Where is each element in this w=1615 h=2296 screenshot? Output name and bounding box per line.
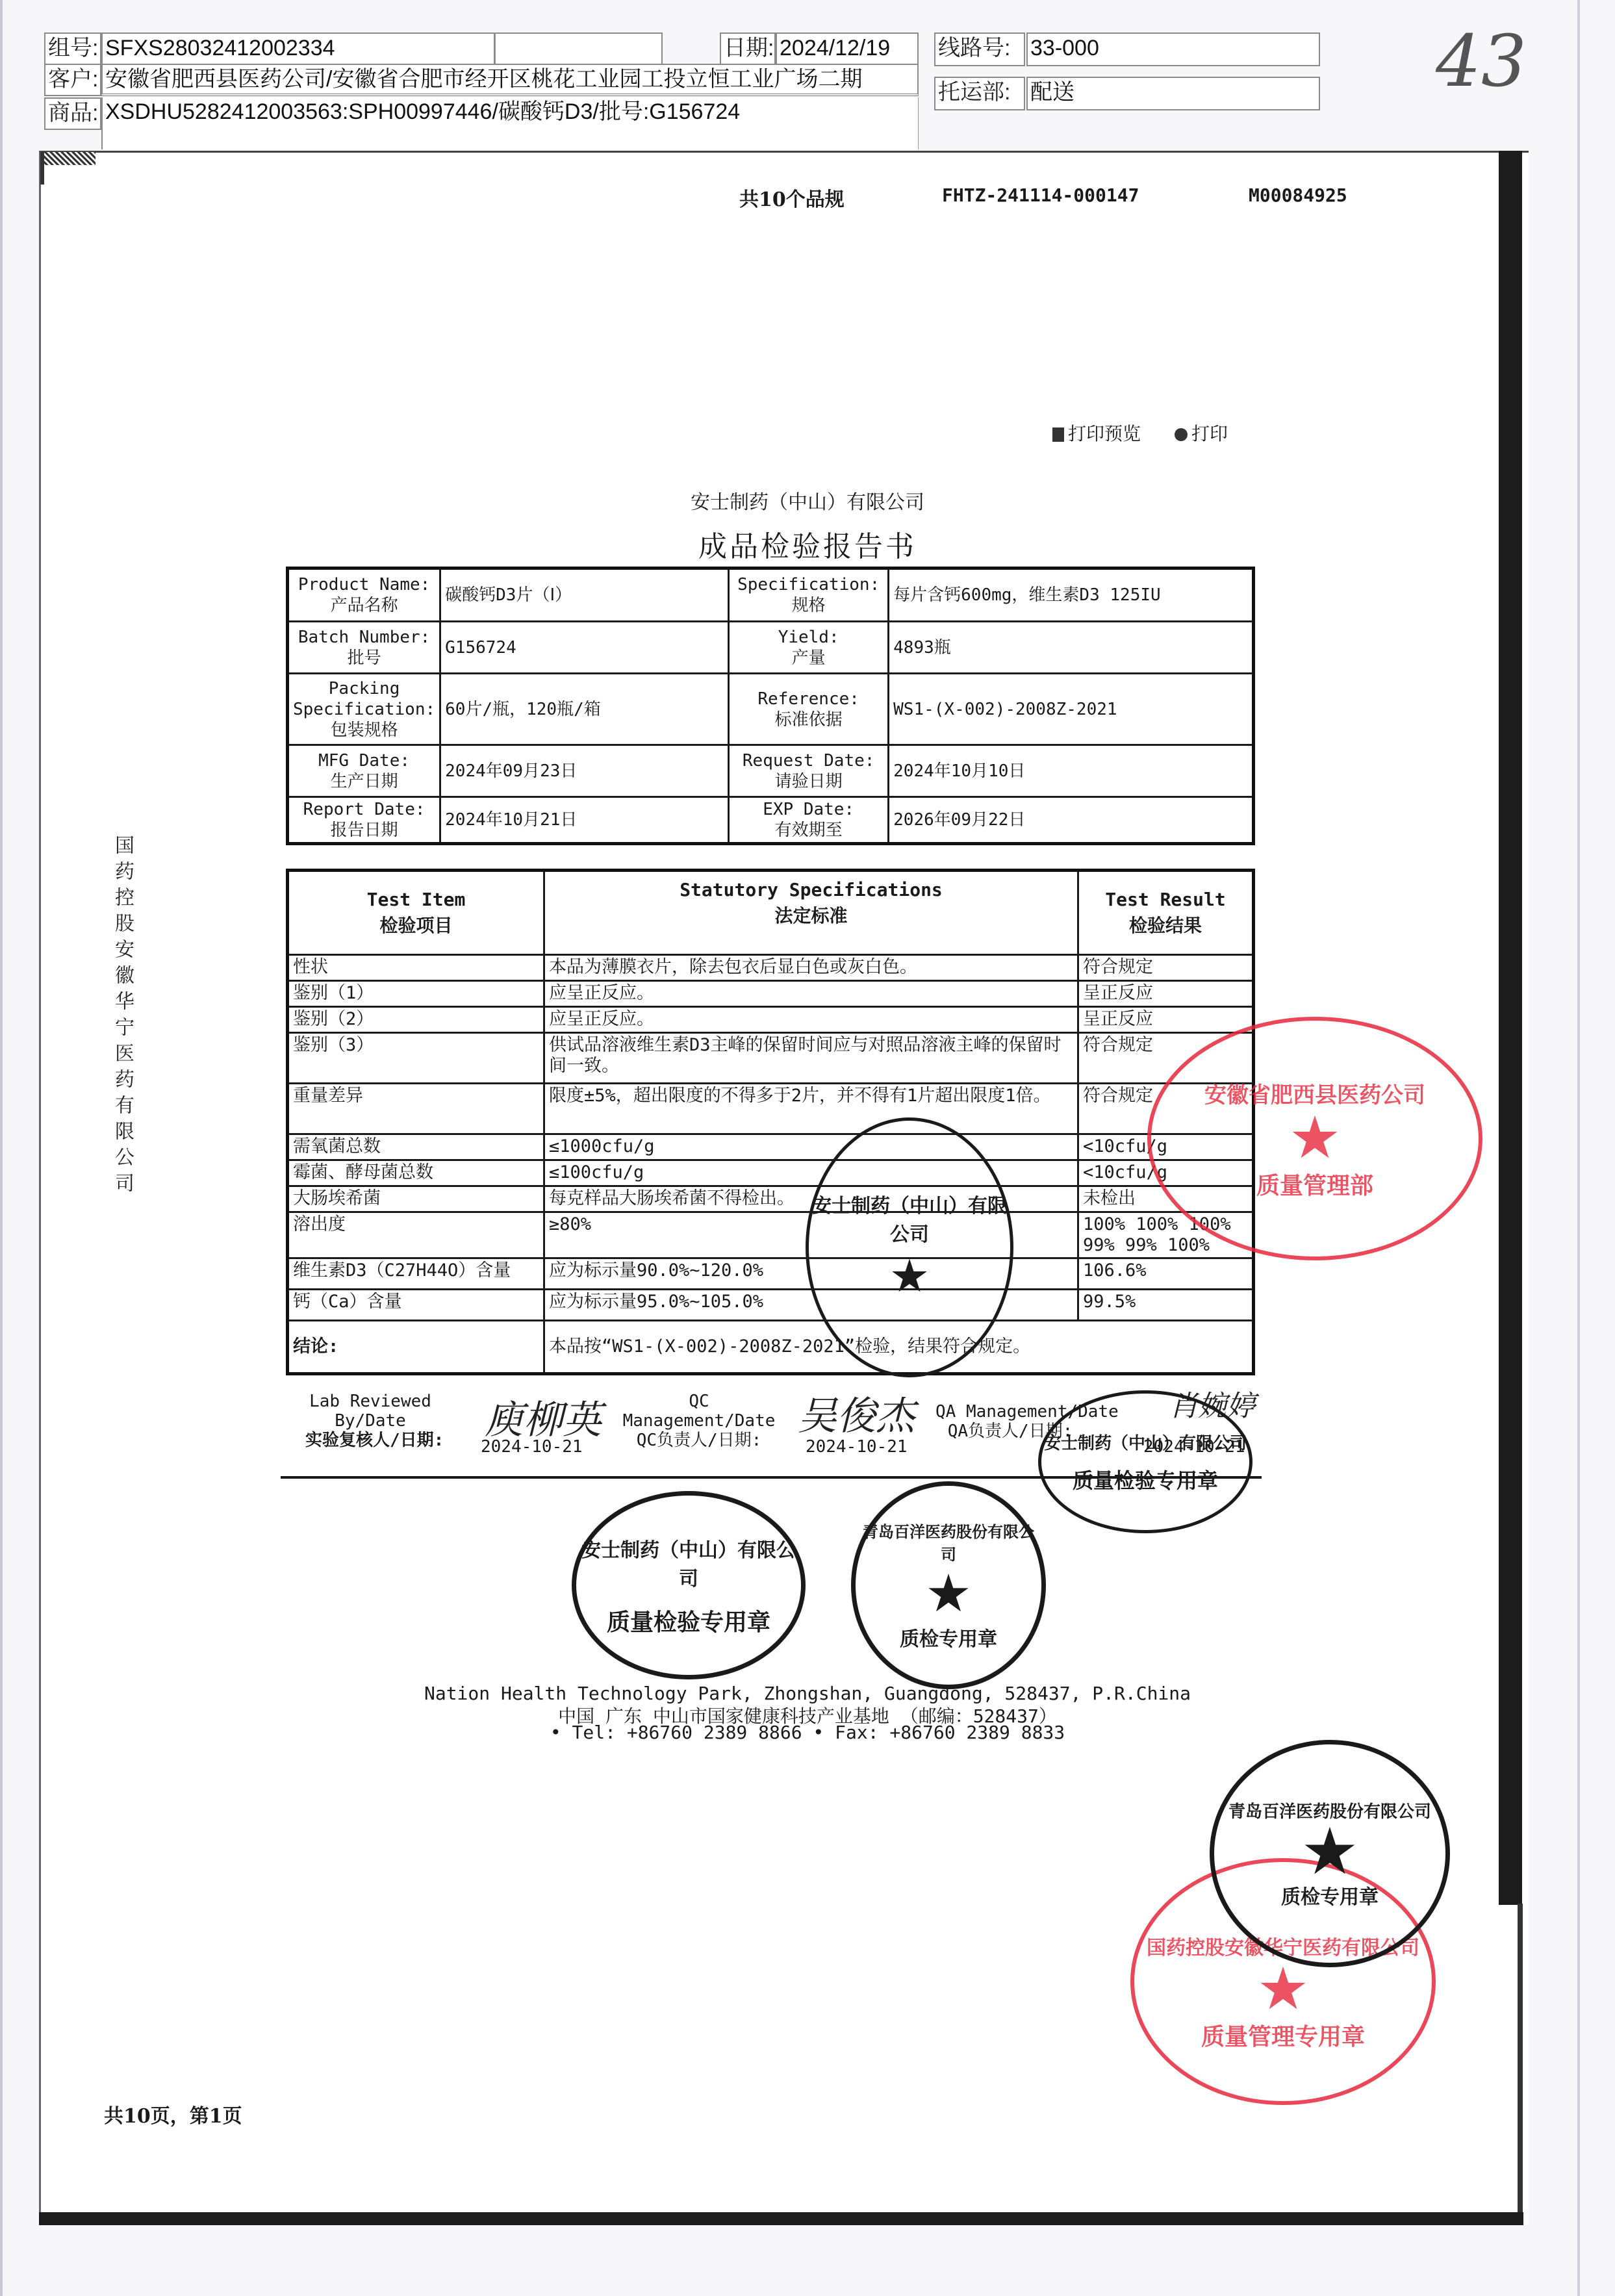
scan-border-right-lower bbox=[1518, 1904, 1523, 2215]
date-label: 日期: bbox=[720, 32, 776, 65]
mfg-date-value: 2024年09月23日 bbox=[440, 745, 729, 797]
m-code: M00084925 bbox=[1249, 185, 1347, 206]
stamp-anshi-qa: 安士制药（中山）有限公司 质量检验专用章 bbox=[1038, 1390, 1253, 1533]
route-value: 33-000 bbox=[1026, 32, 1320, 66]
shipping-label: 托运部: bbox=[934, 77, 1025, 110]
date-value: 2024/12/19 bbox=[776, 32, 919, 65]
stamp-baiyang-low: 青岛百洋医药股份有限公司 ★ 质检专用章 bbox=[1210, 1740, 1450, 1967]
test-row: 大肠埃希菌每克样品大肠埃希菌不得检出。未检出 bbox=[288, 1186, 1254, 1212]
test-item: 溶出度 bbox=[288, 1212, 544, 1258]
test-item: 大肠埃希菌 bbox=[288, 1186, 544, 1212]
side-company-name: 国药控股安徽华宁医药有限公司 bbox=[109, 835, 135, 1199]
test-spec: 本品为薄膜衣片，除去包衣后显白色或灰白色。 bbox=[544, 955, 1078, 981]
test-item: 鉴别（3） bbox=[288, 1033, 544, 1084]
group-label: 组号: bbox=[44, 32, 101, 65]
lab-reviewer-label: Lab ReviewedBy/Date实验复核人/日期: bbox=[305, 1392, 435, 1450]
scan-border-right bbox=[1499, 151, 1522, 1905]
test-row: 维生素D3（C27H44O）含量应为标示量90.0%~120.0%106.6% bbox=[288, 1258, 1254, 1290]
test-row: 钙（Ca）含量应为标示量95.0%~105.0%99.5% bbox=[288, 1290, 1254, 1321]
request-date-value: 2024年10月10日 bbox=[889, 745, 1254, 797]
stamp-anshi-overlay: 安士制药（中山）有限公司 ★ bbox=[806, 1117, 1013, 1377]
print-preview-button[interactable]: 打印预览 bbox=[1052, 420, 1141, 446]
test-result: 106.6% bbox=[1078, 1258, 1254, 1290]
test-spec: 应呈正反应。 bbox=[544, 981, 1078, 1007]
print-button[interactable]: 打印 bbox=[1175, 420, 1228, 446]
test-item: 鉴别（2） bbox=[288, 1007, 544, 1033]
test-result: 符合规定 bbox=[1078, 955, 1254, 981]
conclusion-label: 结论: bbox=[288, 1321, 544, 1374]
stamp-anshi-quality-inspection: 安士制药（中山）有限公司 质量检验专用章 bbox=[572, 1491, 806, 1679]
print-preview-label: 打印预览 bbox=[1068, 423, 1141, 444]
lab-review-date: 2024-10-21 bbox=[481, 1437, 583, 1457]
qc-signature: 吴俊杰 bbox=[798, 1385, 915, 1441]
scan-edge-left bbox=[0, 0, 3, 2296]
yield-label: Yield:产量 bbox=[729, 622, 889, 674]
test-item: 鉴别（1） bbox=[288, 981, 544, 1007]
packing-label: PackingSpecification:包装规格 bbox=[288, 674, 440, 745]
route-label: 线路号: bbox=[934, 32, 1025, 66]
shipping-value: 配送 bbox=[1026, 77, 1320, 110]
scan-edge-right bbox=[1577, 0, 1580, 2296]
scan-artifact bbox=[40, 152, 95, 165]
doc-code: FHTZ-241114-000147 bbox=[942, 185, 1139, 206]
test-row: 重量差异限度±5%，超出限度的不得多于2片，并不得有1片超出限度1倍。符合规定 bbox=[288, 1084, 1254, 1134]
customer-label: 客户: bbox=[44, 64, 101, 96]
batch-label: Batch Number:批号 bbox=[288, 622, 440, 674]
test-row: 鉴别（1）应呈正反应。呈正反应 bbox=[288, 981, 1254, 1007]
goods-label: 商品: bbox=[44, 97, 101, 130]
contact-info: • Tel: +86760 2389 8866 • Fax: +86760 23… bbox=[0, 1722, 1615, 1743]
print-label: 打印 bbox=[1191, 423, 1228, 444]
side-company-text: 国药控股安徽华宁医药有限公司 bbox=[109, 835, 135, 1206]
print-icon bbox=[1175, 428, 1188, 441]
handwritten-number: 43 bbox=[1436, 19, 1527, 103]
product-info-table: Product Name:产品名称 碳酸钙D3片（Ⅰ） Specificatio… bbox=[286, 567, 1255, 845]
col-test-item: Test Item检验项目 bbox=[288, 871, 544, 955]
col-statutory-spec: Statutory Specifications法定标准 bbox=[544, 871, 1078, 955]
specification-label: Specification:规格 bbox=[729, 568, 889, 622]
test-spec: ≤1000cfu/g bbox=[544, 1134, 1078, 1160]
report-date-value: 2024年10月21日 bbox=[440, 797, 729, 844]
exp-date-value: 2026年09月22日 bbox=[889, 797, 1254, 844]
qc-label: QCManagement/DateQC负责人/日期: bbox=[621, 1392, 777, 1450]
stamp-feixi-quality-dept: 安徽省肥西县医药公司 ★ 质量管理部 bbox=[1147, 1017, 1482, 1260]
exp-date-label: EXP Date:有效期至 bbox=[729, 797, 889, 844]
report-title: 成品检验报告书 bbox=[0, 523, 1615, 565]
test-spec: 应呈正反应。 bbox=[544, 1007, 1078, 1033]
packing-value: 60片/瓶，120瓶/箱 bbox=[440, 674, 729, 745]
page-info: 共10页，第1页 bbox=[104, 2100, 242, 2128]
test-item: 需氧菌总数 bbox=[288, 1134, 544, 1160]
scan-artifact-edge bbox=[40, 152, 44, 185]
print-preview-icon bbox=[1052, 427, 1064, 442]
test-result: 呈正反应 bbox=[1078, 981, 1254, 1007]
address-en: Nation Health Technology Park, Zhongshan… bbox=[0, 1683, 1615, 1704]
test-item: 性状 bbox=[288, 955, 544, 981]
test-item: 维生素D3（C27H44O）含量 bbox=[288, 1258, 544, 1290]
specification-value: 每片含钙600mg，维生素D3 125IU bbox=[889, 568, 1254, 622]
test-result: 99.5% bbox=[1078, 1290, 1254, 1321]
test-result: 呈正反应 bbox=[1078, 1007, 1254, 1033]
test-item: 重量差异 bbox=[288, 1084, 544, 1134]
col-test-result: Test Result检验结果 bbox=[1078, 871, 1254, 955]
goods-value: XSDHU5282412003563:SPH00997446/碳酸钙D3/批号:… bbox=[101, 97, 919, 149]
spec-count: 共10个品规 bbox=[739, 183, 845, 212]
report-company: 安士制药（中山）有限公司 bbox=[0, 486, 1615, 515]
test-spec: 限度±5%，超出限度的不得多于2片，并不得有1片超出限度1倍。 bbox=[544, 1084, 1078, 1134]
group-spacer bbox=[495, 32, 663, 65]
test-results-table: Test Item检验项目 Statutory Specifications法定… bbox=[286, 869, 1255, 1375]
test-row: 鉴别（3）供试品溶液维生素D3主峰的保留时间应与对照品溶液主峰的保留时间一致。符… bbox=[288, 1033, 1254, 1084]
yield-value: 4893瓶 bbox=[889, 622, 1254, 674]
test-row: 溶出度≥80%100% 100% 100% 99% 99% 100% bbox=[288, 1212, 1254, 1258]
stamp-baiyang-mid: 青岛百洋医药股份有限公司 ★ 质检专用章 bbox=[851, 1481, 1046, 1689]
reference-value: WS1-(X-002)-2008Z-2021 bbox=[889, 674, 1254, 745]
product-name-value: 碳酸钙D3片（Ⅰ） bbox=[440, 568, 729, 622]
test-row: 霉菌、酵母菌总数≤100cfu/g<10cfu/g bbox=[288, 1160, 1254, 1186]
test-item: 钙（Ca）含量 bbox=[288, 1290, 544, 1321]
test-spec: 供试品溶液维生素D3主峰的保留时间应与对照品溶液主峰的保留时间一致。 bbox=[544, 1033, 1078, 1084]
group-value: SFXS28032412002334 bbox=[101, 32, 495, 65]
batch-value: G156724 bbox=[440, 622, 729, 674]
test-row: 性状本品为薄膜衣片，除去包衣后显白色或灰白色。符合规定 bbox=[288, 955, 1254, 981]
reference-label: Reference:标准依据 bbox=[729, 674, 889, 745]
customer-value: 安徽省肥西县医药公司/安徽省合肥市经开区桃花工业园工投立恒工业广场二期 bbox=[101, 64, 919, 96]
mfg-date-label: MFG Date:生产日期 bbox=[288, 745, 440, 797]
report-date-label: Report Date:报告日期 bbox=[288, 797, 440, 844]
test-row: 鉴别（2）应呈正反应。呈正反应 bbox=[288, 1007, 1254, 1033]
test-item: 霉菌、酵母菌总数 bbox=[288, 1160, 544, 1186]
request-date-label: Request Date:请验日期 bbox=[729, 745, 889, 797]
qc-date: 2024-10-21 bbox=[806, 1437, 908, 1457]
product-name-label: Product Name:产品名称 bbox=[288, 568, 440, 622]
test-row: 需氧菌总数≤1000cfu/g<10cfu/g bbox=[288, 1134, 1254, 1160]
scan-border-bottom bbox=[39, 2212, 1523, 2225]
